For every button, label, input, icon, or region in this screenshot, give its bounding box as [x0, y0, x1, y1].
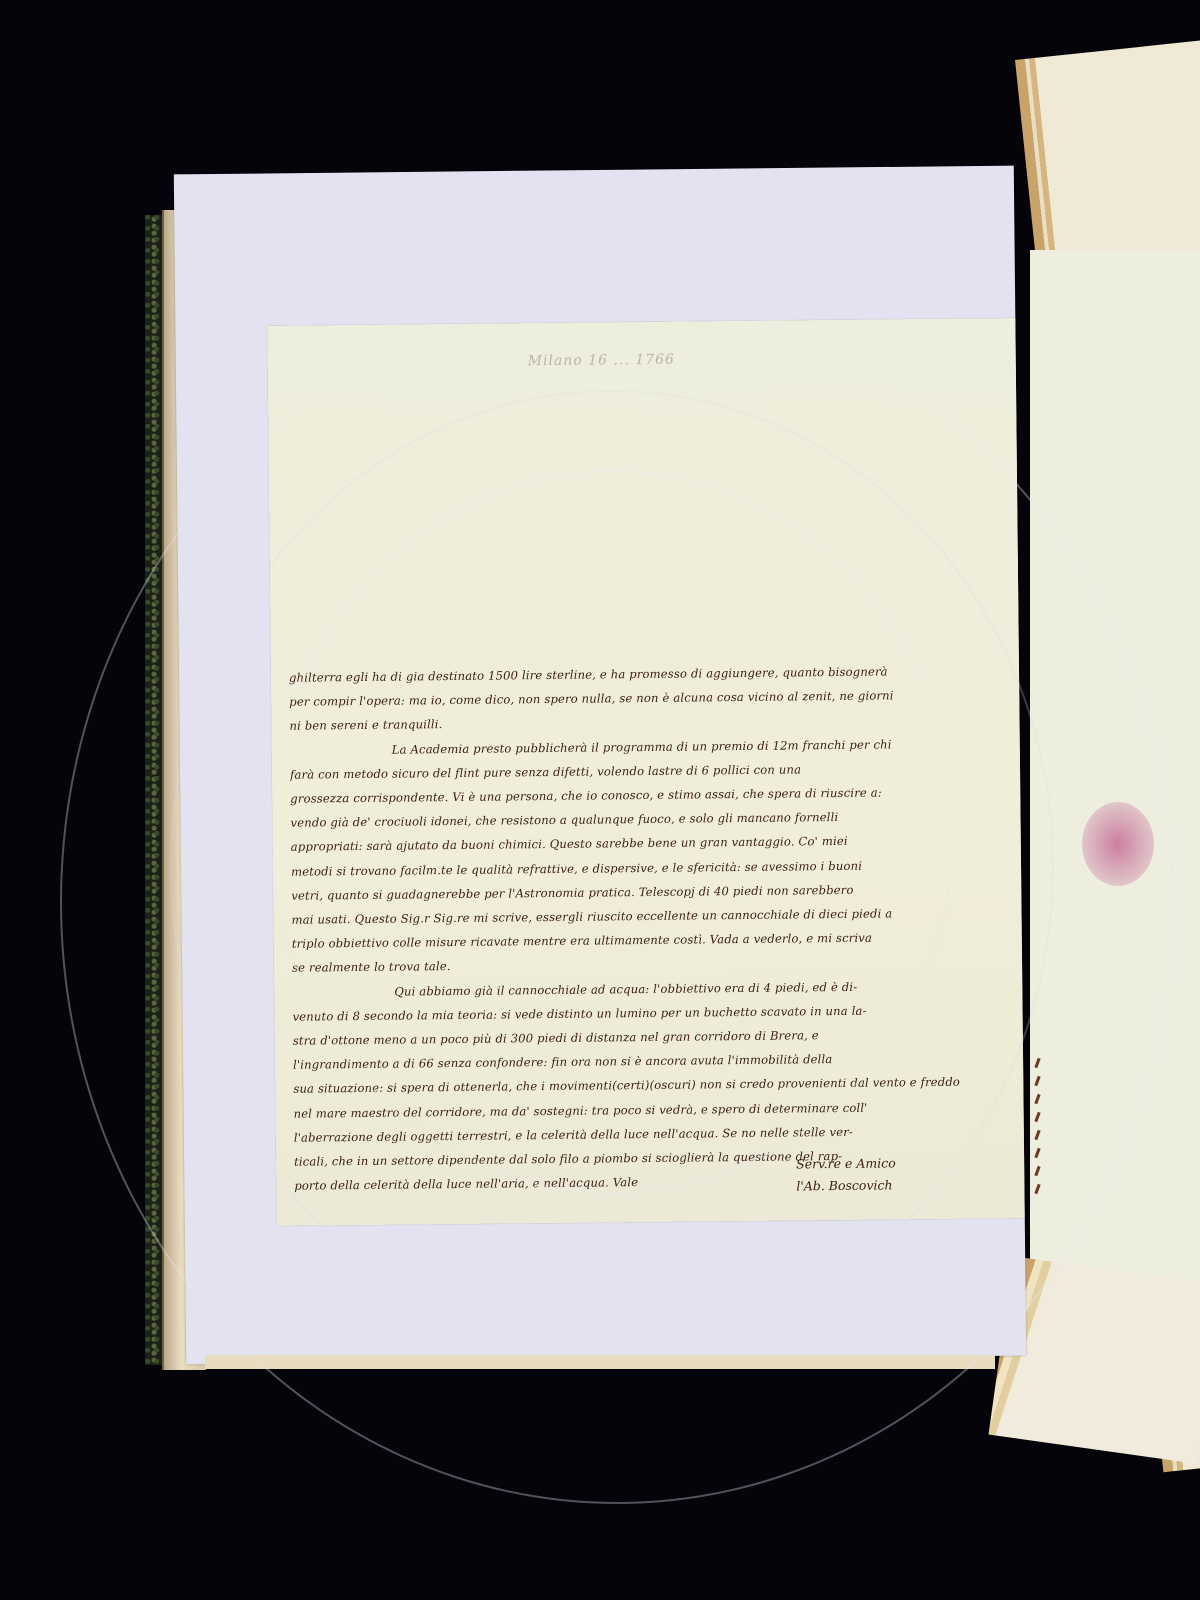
handwritten-letter: Milano 16 ... 1766 ghilterra egli ha di …	[267, 318, 1024, 1226]
letter-body: ghilterra egli ha di gia destinato 1500 …	[289, 658, 1010, 1198]
wax-seal-stain	[1082, 802, 1154, 886]
letter-closing: Serv.re e Amico l'Ab. Boscovich	[796, 1152, 896, 1197]
facing-page-right	[1030, 250, 1200, 1290]
closing-salutation: Serv.re e Amico	[796, 1152, 896, 1175]
docket-note: Milano 16 ... 1766	[528, 352, 675, 370]
mount-sheet-bottom-edge	[205, 1355, 995, 1369]
facing-page-ink-marks	[1032, 1050, 1052, 1250]
signature: l'Ab. Boscovich	[796, 1174, 896, 1197]
